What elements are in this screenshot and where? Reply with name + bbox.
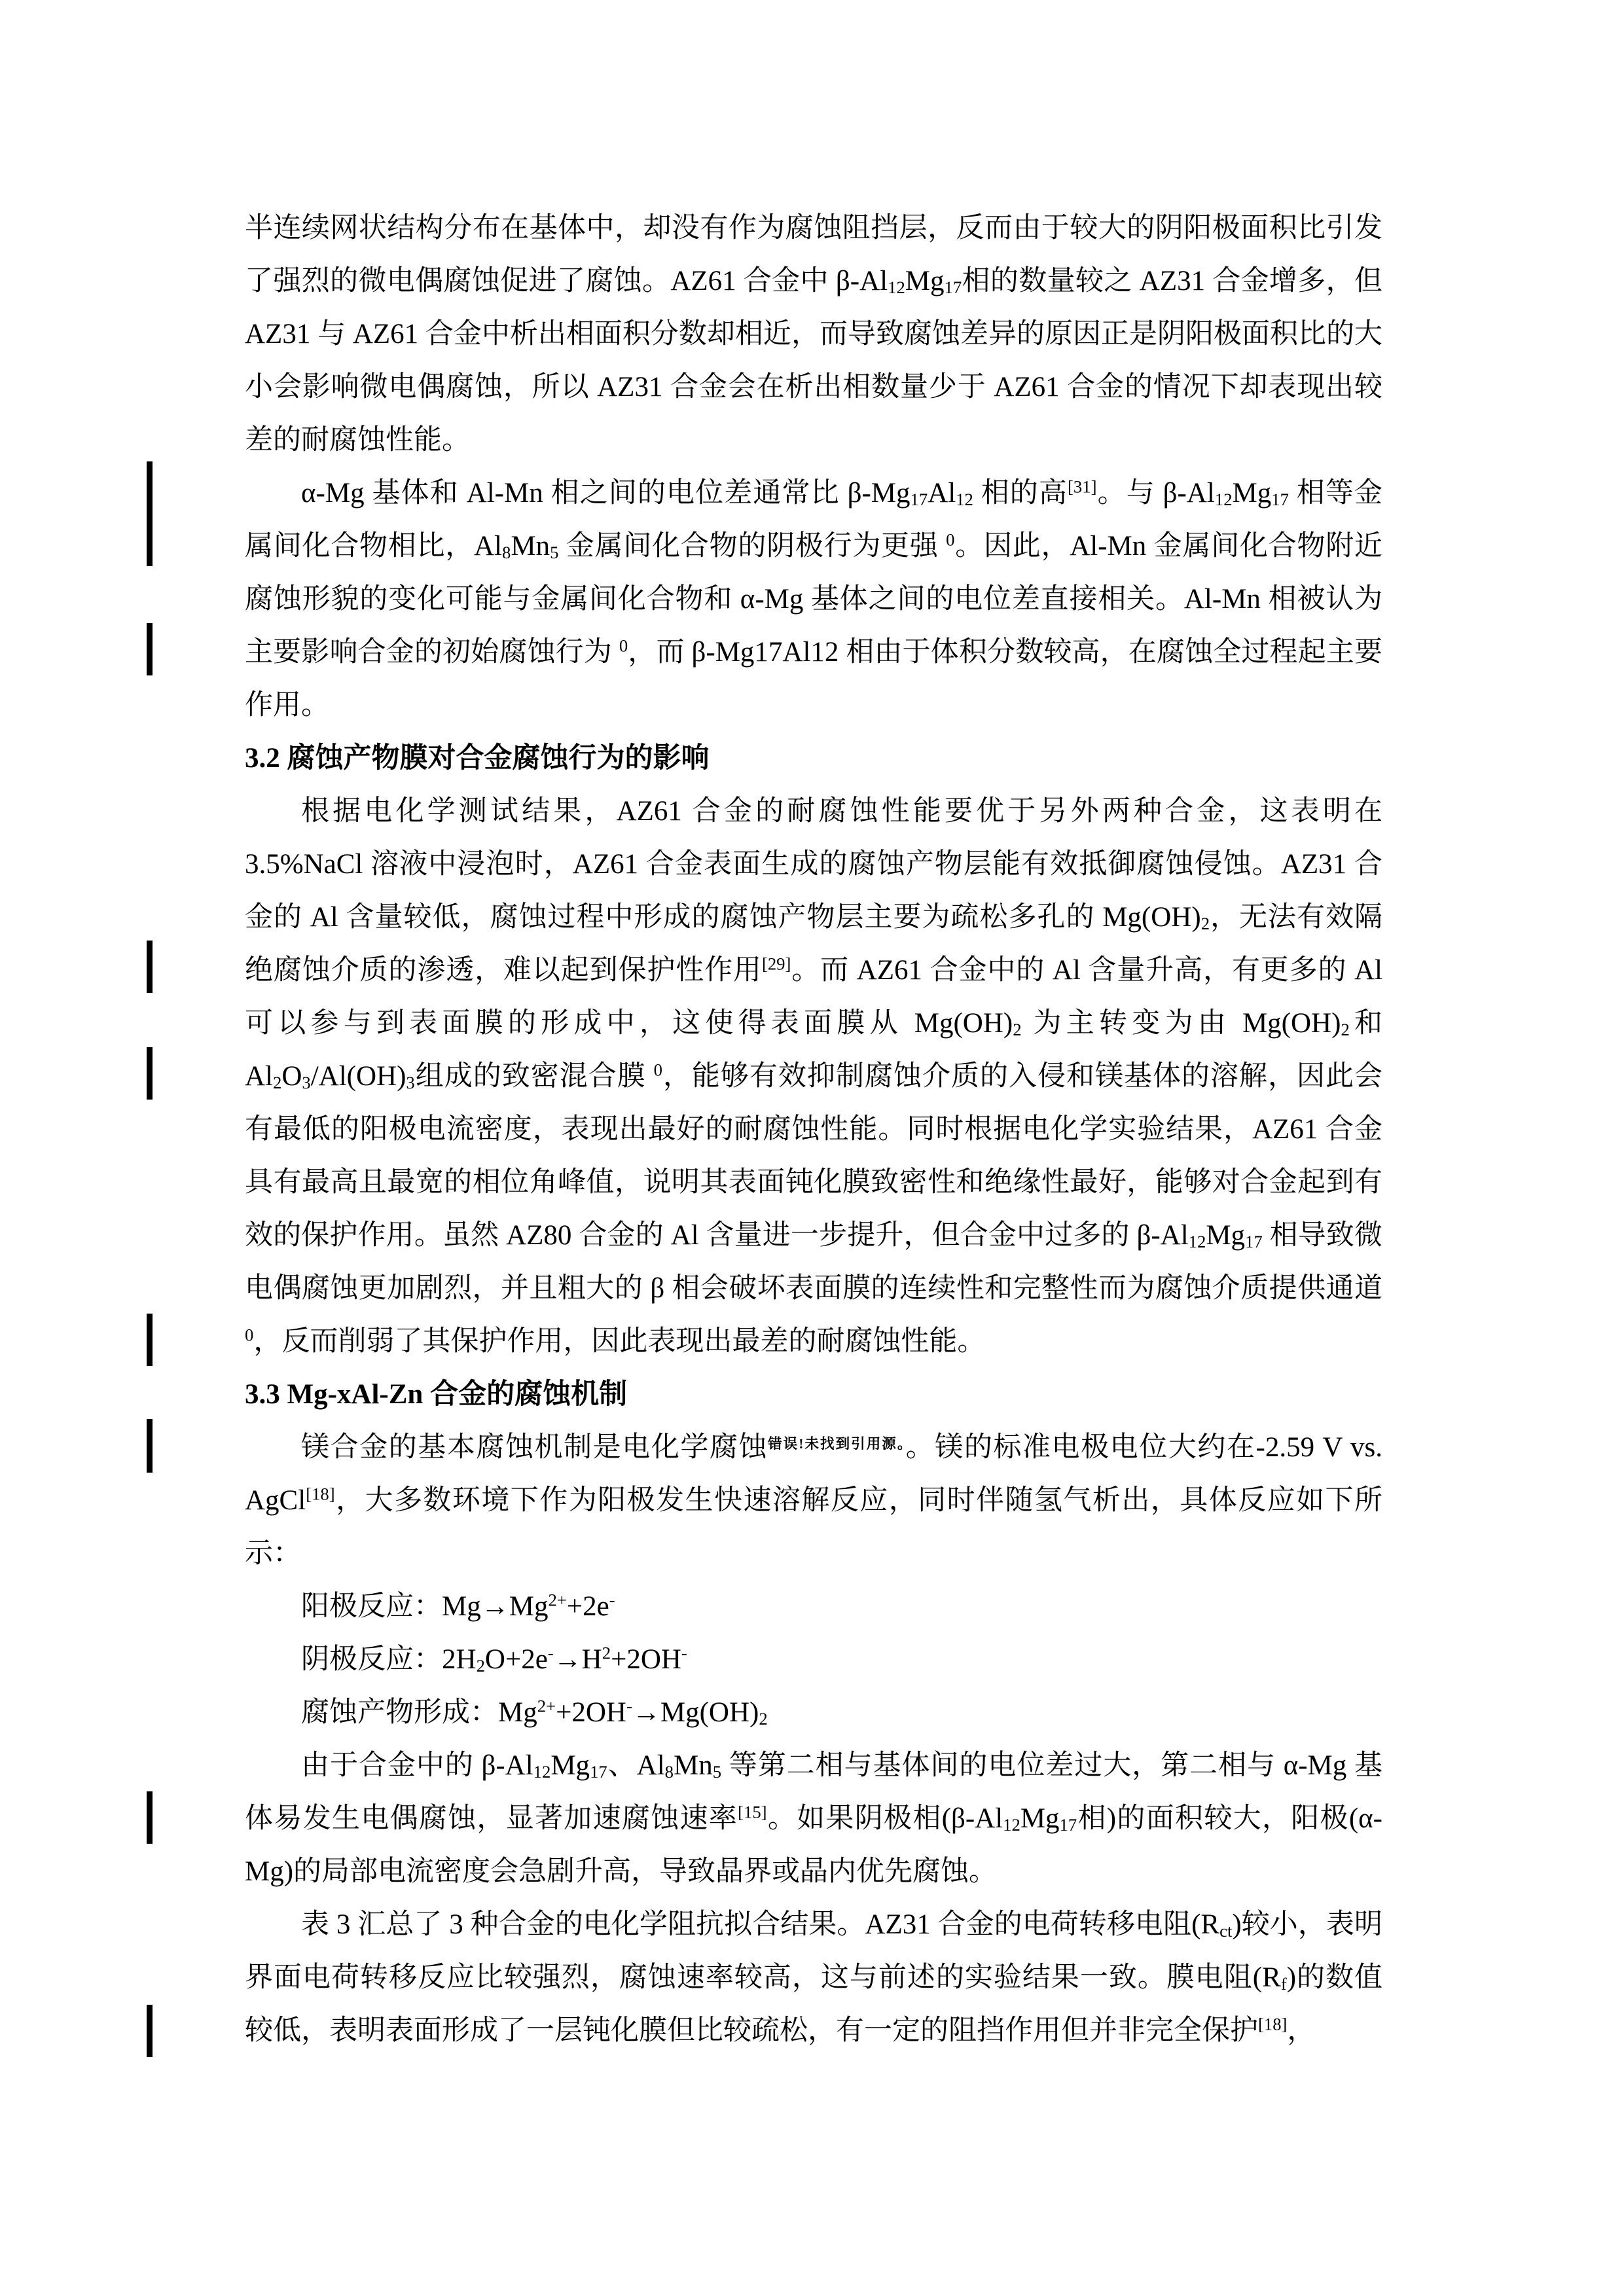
revision-bar bbox=[147, 1314, 153, 1366]
paragraph-potential-difference: α-Mg 基体和 Al-Mn 相之间的电位差通常比 β-Mg17Al12 相的高… bbox=[245, 467, 1382, 732]
paragraph-corrosion-mechanism: 镁合金的基本腐蚀机制是电化学腐蚀错误!未找到引用源。。镁的标准电极电位大约在-2… bbox=[245, 1421, 1382, 1580]
revision-bar bbox=[147, 461, 153, 566]
equation-cathode-reaction: 阴极反应：2H2O+2e-→H2+2OH- bbox=[245, 1633, 1382, 1686]
equation-corrosion-product: 腐蚀产物形成：Mg2++2OH-→Mg(OH)2 bbox=[245, 1686, 1382, 1739]
revision-bar bbox=[147, 941, 153, 993]
paragraph-continuation: 半连续网状结构分布在基体中，却没有作为腐蚀阻挡层，反而由于较大的阴阳极面积比引发… bbox=[245, 202, 1382, 467]
document-body: 半连续网状结构分布在基体中，却没有作为腐蚀阻挡层，反而由于较大的阴阳极面积比引发… bbox=[245, 202, 1382, 2057]
paragraph-second-phase-galvanic: 由于合金中的 β-Al12Mg17、Al8Mn5 等第二相与基体间的电位差过大，… bbox=[245, 1739, 1382, 1898]
paragraph-eis-fitting-results: 表 3 汇总了 3 种合金的电化学阻抗拟合结果。AZ31 合金的电荷转移电阻(R… bbox=[245, 1898, 1382, 2057]
section-heading-3-2: 3.2 腐蚀产物膜对合金腐蚀行为的影响 bbox=[245, 732, 1382, 785]
revision-bar bbox=[147, 2005, 153, 2057]
section-heading-3-3: 3.3 Mg-xAl-Zn 合金的腐蚀机制 bbox=[245, 1368, 1382, 1421]
paragraph-corrosion-product-film: 根据电化学测试结果，AZ61 合金的耐腐蚀性能要优于另外两种合金，这表明在 3.… bbox=[245, 785, 1382, 1368]
revision-bar bbox=[147, 1047, 153, 1100]
revision-bar bbox=[147, 1791, 153, 1844]
equation-anode-reaction: 阳极反应：Mg→Mg2++2e- bbox=[245, 1580, 1382, 1633]
revision-bar bbox=[147, 1419, 153, 1473]
revision-bar bbox=[147, 623, 153, 675]
document-page: 半连续网状结构分布在基体中，却没有作为腐蚀阻挡层，反而由于较大的阴阳极面积比引发… bbox=[0, 0, 1624, 2296]
